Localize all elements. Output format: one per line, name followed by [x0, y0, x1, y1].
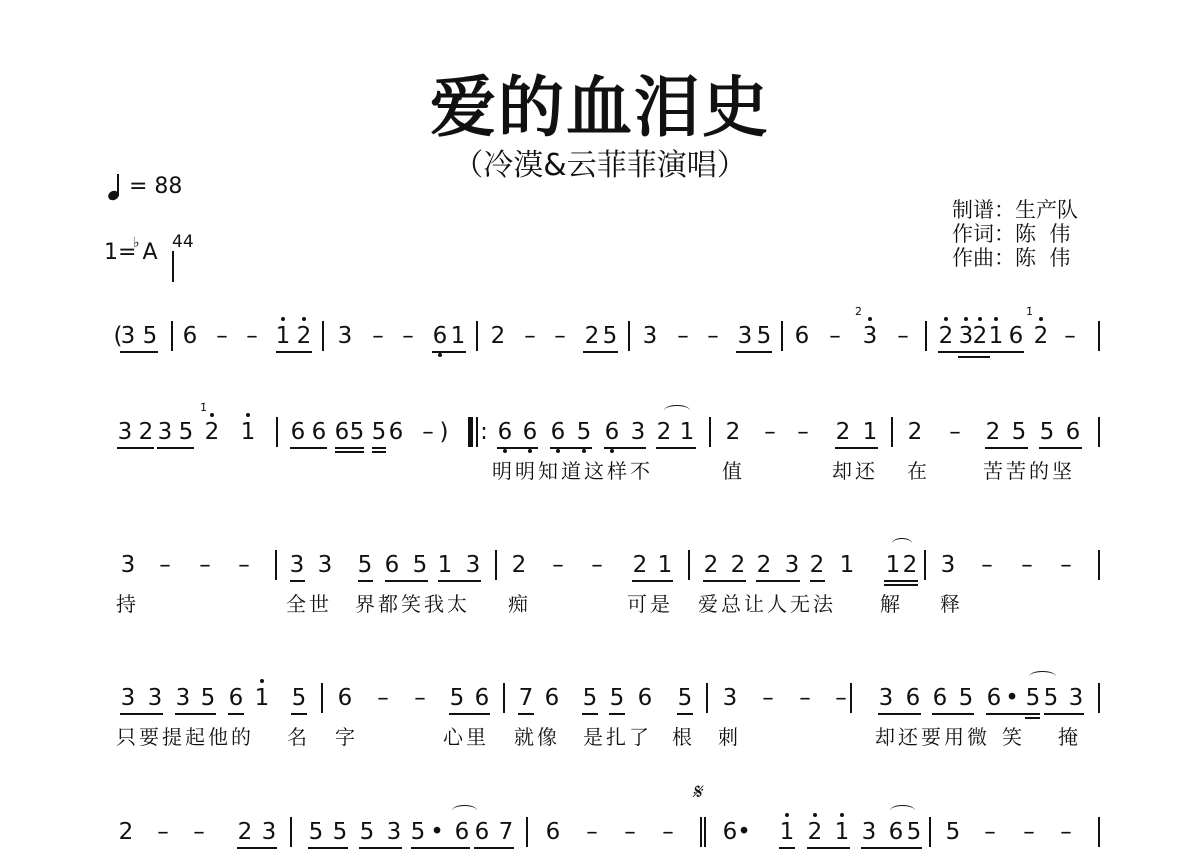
note: – — [827, 323, 843, 349]
barline — [290, 817, 292, 847]
note: 5 — [1043, 685, 1059, 711]
tempo-value: = 88 — [129, 174, 182, 199]
note: 2 — [938, 323, 954, 349]
lyric: 根 — [672, 725, 695, 749]
note: 6 — [337, 685, 353, 711]
note: 5 — [308, 819, 324, 845]
barline — [925, 321, 927, 351]
underline — [1044, 713, 1084, 715]
lyric: 心里 — [443, 725, 489, 749]
note: 2 — [985, 419, 1001, 445]
note: 5 — [1025, 685, 1041, 711]
underline — [228, 713, 244, 715]
underline — [677, 713, 693, 715]
note: 2 — [809, 552, 825, 578]
note: 2 — [584, 323, 600, 349]
note: 3 — [289, 552, 305, 578]
note: 6 — [637, 685, 653, 711]
note: 3 — [117, 419, 133, 445]
barline — [276, 417, 278, 447]
underline — [604, 447, 646, 449]
note: 1 — [679, 419, 695, 445]
note: 1 — [450, 323, 466, 349]
note: – — [660, 819, 676, 845]
note: 1 — [988, 323, 1004, 349]
underline — [308, 847, 348, 849]
credit-value: 陈 伟 — [1015, 246, 1070, 270]
underline — [550, 447, 592, 449]
underline — [878, 713, 921, 715]
underline — [372, 451, 386, 453]
note: 6 — [474, 819, 490, 845]
underline — [432, 351, 466, 353]
underline — [1039, 447, 1082, 449]
note: – — [947, 419, 963, 445]
barline — [706, 683, 708, 713]
note: 6 — [474, 685, 490, 711]
note: 1 — [437, 552, 453, 578]
note: 5 — [371, 419, 387, 445]
note: 5 — [958, 685, 974, 711]
barline — [781, 321, 783, 351]
note: – — [412, 685, 428, 711]
barline — [275, 550, 277, 580]
note: 3 — [157, 419, 173, 445]
underline — [335, 447, 364, 449]
time-signature: 44 — [172, 234, 186, 251]
tie-arc — [1029, 671, 1056, 682]
song-title: 爱的血泪史 — [0, 68, 1200, 148]
lyric: 痴 — [508, 592, 531, 616]
time-sig-bottom: 4 — [183, 232, 194, 252]
underline — [582, 713, 598, 715]
note: – — [420, 419, 436, 445]
note: 6 — [334, 419, 350, 445]
underline — [175, 713, 216, 715]
note: 6 — [986, 685, 1002, 711]
note: 5 — [449, 685, 465, 711]
underline — [359, 847, 402, 849]
note: 3 — [784, 552, 800, 578]
barline — [495, 550, 497, 580]
barline — [850, 683, 852, 713]
note: 6 — [550, 419, 566, 445]
underline — [385, 580, 428, 582]
lyric: 界都笑我太 — [355, 592, 470, 616]
credit-lyricist: 作词：陈 伟 — [952, 222, 1078, 246]
barline — [526, 817, 528, 847]
note: 5 — [906, 819, 922, 845]
note: – — [400, 323, 416, 349]
lyric: 就像 — [514, 725, 560, 749]
lyric: 爱总让人无法 — [698, 592, 836, 616]
lyric: 是扎了 — [583, 725, 652, 749]
note: 3 — [261, 819, 277, 845]
lyric: 只要提起他的 — [116, 725, 254, 749]
tie-arc — [890, 805, 915, 816]
tempo-marking: = 88 — [108, 172, 182, 202]
note: 6 — [544, 685, 560, 711]
note: 5 — [332, 819, 348, 845]
note: 2 — [902, 552, 918, 578]
note: – — [214, 323, 230, 349]
note: 5 — [357, 552, 373, 578]
note: 2 — [632, 552, 648, 578]
lyric: 却还 — [832, 459, 878, 483]
note: 5 — [291, 685, 307, 711]
note: 5 — [945, 819, 961, 845]
grace-note: 1̇ — [1026, 306, 1033, 318]
underline — [117, 447, 154, 449]
underline — [290, 447, 327, 449]
underline — [497, 447, 538, 449]
note: 6 — [905, 685, 921, 711]
barline — [709, 417, 711, 447]
lyric: 全世 — [286, 592, 332, 616]
barline — [700, 817, 702, 847]
note: – — [522, 323, 538, 349]
note: 2 — [807, 819, 823, 845]
note: 6 — [604, 419, 620, 445]
lyric: 却还要用微 — [875, 725, 990, 749]
note: 3 — [317, 552, 333, 578]
barline — [688, 550, 690, 580]
note: 2 — [490, 323, 506, 349]
credit-composer: 作曲：陈 伟 — [952, 246, 1078, 270]
note: 3 — [861, 819, 877, 845]
note: – — [589, 552, 605, 578]
underline — [290, 580, 305, 582]
note: 6 — [794, 323, 810, 349]
note: – — [979, 552, 995, 578]
note: 5 — [412, 552, 428, 578]
note: – — [797, 685, 813, 711]
lyric: 可是 — [627, 592, 673, 616]
note: 6 — [182, 323, 198, 349]
note: – — [1019, 552, 1035, 578]
note: 2 — [656, 419, 672, 445]
note: 3 — [940, 552, 956, 578]
note: 6 — [311, 419, 327, 445]
note: 3 — [175, 685, 191, 711]
note: 6 — [432, 323, 448, 349]
note: 1 — [275, 323, 291, 349]
underline — [583, 351, 618, 353]
note: – — [244, 323, 260, 349]
lyric: 掩 — [1058, 725, 1081, 749]
note: 1 — [240, 419, 256, 445]
note: 3 — [465, 552, 481, 578]
underline — [861, 847, 922, 849]
underline — [120, 351, 158, 353]
note: 6 — [1008, 323, 1024, 349]
tie-arc — [892, 538, 912, 549]
underline — [736, 351, 772, 353]
key-label: 1= — [104, 240, 136, 265]
note: 6 — [228, 685, 244, 711]
barline — [468, 417, 473, 447]
lyric: 苦苦的坚 — [983, 459, 1075, 483]
note: 2 — [1033, 323, 1049, 349]
note: : — [476, 419, 492, 445]
underline — [276, 351, 312, 353]
note: – — [760, 685, 776, 711]
note: 2 — [237, 819, 253, 845]
note: 3 — [630, 419, 646, 445]
note: 1 — [779, 819, 795, 845]
note: 6 — [888, 819, 904, 845]
underline — [703, 580, 746, 582]
credit-label: 制谱： — [952, 198, 1015, 222]
note: – — [236, 552, 252, 578]
note: 2 — [725, 419, 741, 445]
note: 5 — [609, 685, 625, 711]
barline — [924, 550, 926, 580]
underline — [372, 447, 386, 449]
note: 1 — [834, 819, 850, 845]
note: 6 — [932, 685, 948, 711]
note: • — [736, 819, 752, 845]
underline — [157, 447, 194, 449]
note: 5 — [576, 419, 592, 445]
note: 5 — [200, 685, 216, 711]
barline — [628, 321, 630, 351]
underline — [810, 580, 825, 582]
note: 1 — [885, 552, 901, 578]
note: 3 — [120, 323, 136, 349]
note: 2 — [511, 552, 527, 578]
barline — [1098, 683, 1100, 713]
note: 5 — [582, 685, 598, 711]
lyric: 在 — [907, 459, 930, 483]
tie-arc — [664, 405, 690, 416]
credit-value: 生产队 — [1015, 198, 1078, 222]
note: – — [622, 819, 638, 845]
grace-note: 1̇ — [200, 402, 207, 414]
note: 6 — [454, 819, 470, 845]
underline — [938, 351, 1024, 353]
note: – — [675, 323, 691, 349]
note: – — [1062, 323, 1078, 349]
grace-note: 2̇ — [855, 306, 862, 318]
note: 2 — [972, 323, 988, 349]
barline — [321, 683, 323, 713]
underline — [835, 447, 878, 449]
note: – — [375, 685, 391, 711]
tie-arc — [452, 805, 477, 816]
lyric: 解 — [880, 592, 903, 616]
note: 3 — [120, 552, 136, 578]
key-note: A — [142, 240, 157, 265]
note: 5 — [677, 685, 693, 711]
note: – — [795, 419, 811, 445]
barline — [929, 817, 931, 847]
note: 2 — [138, 419, 154, 445]
note: – — [552, 323, 568, 349]
underline — [958, 356, 990, 358]
quarter-note-icon — [108, 172, 122, 202]
note: 5 — [602, 323, 618, 349]
underline — [986, 713, 1040, 715]
note: 3 — [1068, 685, 1084, 711]
underline — [756, 580, 800, 582]
note: • — [1004, 685, 1020, 711]
credits: 制谱：生产队 作词：陈 伟 作曲：陈 伟 — [952, 198, 1078, 270]
lyric: 明明知道这样不 — [492, 459, 653, 483]
barline — [171, 321, 173, 351]
note: 3 — [737, 323, 753, 349]
note: 6 — [1065, 419, 1081, 445]
underline — [411, 847, 470, 849]
note: 6 — [290, 419, 306, 445]
note: 5 — [1011, 419, 1027, 445]
note: – — [155, 819, 171, 845]
note: 5 — [756, 323, 772, 349]
note: – — [550, 552, 566, 578]
note: 5 — [142, 323, 158, 349]
note: – — [584, 819, 600, 845]
note: 5 — [178, 419, 194, 445]
credit-arranger: 制谱：生产队 — [952, 198, 1078, 222]
note: 2 — [296, 323, 312, 349]
key-signature: 1=♭A 44 — [104, 238, 158, 268]
barline — [476, 321, 478, 351]
note: 5 — [410, 819, 426, 845]
note: – — [705, 323, 721, 349]
note: 2 — [907, 419, 923, 445]
note: 6 — [522, 419, 538, 445]
underline — [335, 451, 364, 453]
underline — [291, 713, 307, 715]
note: – — [1021, 819, 1037, 845]
note: 2 — [204, 419, 220, 445]
note: 1 — [839, 552, 855, 578]
note: – — [157, 552, 173, 578]
lyric: 名 — [287, 725, 310, 749]
barline — [1098, 817, 1100, 847]
note: 1 — [862, 419, 878, 445]
note: 3 — [642, 323, 658, 349]
underline — [932, 713, 974, 715]
credit-value: 陈 伟 — [1015, 222, 1070, 246]
note: 2 — [118, 819, 134, 845]
lyric: 笑 — [1002, 725, 1025, 749]
note: – — [833, 685, 849, 711]
lyric: 刺 — [718, 725, 741, 749]
barline — [503, 683, 505, 713]
time-sig-top: 4 — [172, 232, 183, 252]
credit-label: 作曲： — [952, 246, 1015, 270]
note: 5 — [1039, 419, 1055, 445]
note: – — [191, 819, 207, 845]
barline — [1098, 417, 1100, 447]
flat-icon: ♭ — [133, 228, 140, 258]
note: – — [762, 419, 778, 445]
note: 2 — [730, 552, 746, 578]
note: – — [370, 323, 386, 349]
note: 2 — [835, 419, 851, 445]
note: 6 — [545, 819, 561, 845]
underline — [1025, 717, 1040, 719]
barline — [1098, 550, 1100, 580]
underline — [518, 713, 534, 715]
underline — [884, 580, 918, 582]
note: 5 — [349, 419, 365, 445]
note: – — [1058, 552, 1074, 578]
note: 3 — [120, 685, 136, 711]
note: 6 — [384, 552, 400, 578]
underline — [609, 713, 625, 715]
underline — [120, 713, 163, 715]
underline — [985, 447, 1028, 449]
note: 7 — [518, 685, 534, 711]
underline — [884, 584, 918, 586]
barline — [1098, 321, 1100, 351]
underline — [779, 847, 795, 849]
note: – — [982, 819, 998, 845]
underline — [474, 847, 514, 849]
credit-label: 作词： — [952, 222, 1015, 246]
barline — [322, 321, 324, 351]
note: 3 — [878, 685, 894, 711]
note: 6 — [388, 419, 404, 445]
underline — [449, 713, 490, 715]
segno-icon: 𝄋 — [692, 780, 701, 805]
note: 2 — [756, 552, 772, 578]
note: ) — [436, 419, 452, 445]
underline — [438, 580, 481, 582]
underline — [632, 580, 673, 582]
note: – — [1058, 819, 1074, 845]
note: 7 — [498, 819, 514, 845]
note: 3 — [337, 323, 353, 349]
barline — [704, 817, 706, 847]
underline — [358, 580, 373, 582]
note: 1 — [657, 552, 673, 578]
note: 1 — [254, 685, 270, 711]
note: – — [895, 323, 911, 349]
note: 3 — [722, 685, 738, 711]
underline — [237, 847, 277, 849]
lyric: 字 — [335, 725, 358, 749]
note: 5 — [359, 819, 375, 845]
lyric: 值 — [722, 459, 745, 483]
note: – — [197, 552, 213, 578]
note: 2 — [703, 552, 719, 578]
note: 3 — [147, 685, 163, 711]
barline — [891, 417, 893, 447]
note: 3 — [862, 323, 878, 349]
note: 6 — [497, 419, 513, 445]
lyric: 释 — [940, 592, 963, 616]
underline — [807, 847, 850, 849]
underline — [656, 447, 696, 449]
note: • — [429, 819, 445, 845]
lyric: 持 — [116, 592, 139, 616]
note: 3 — [386, 819, 402, 845]
